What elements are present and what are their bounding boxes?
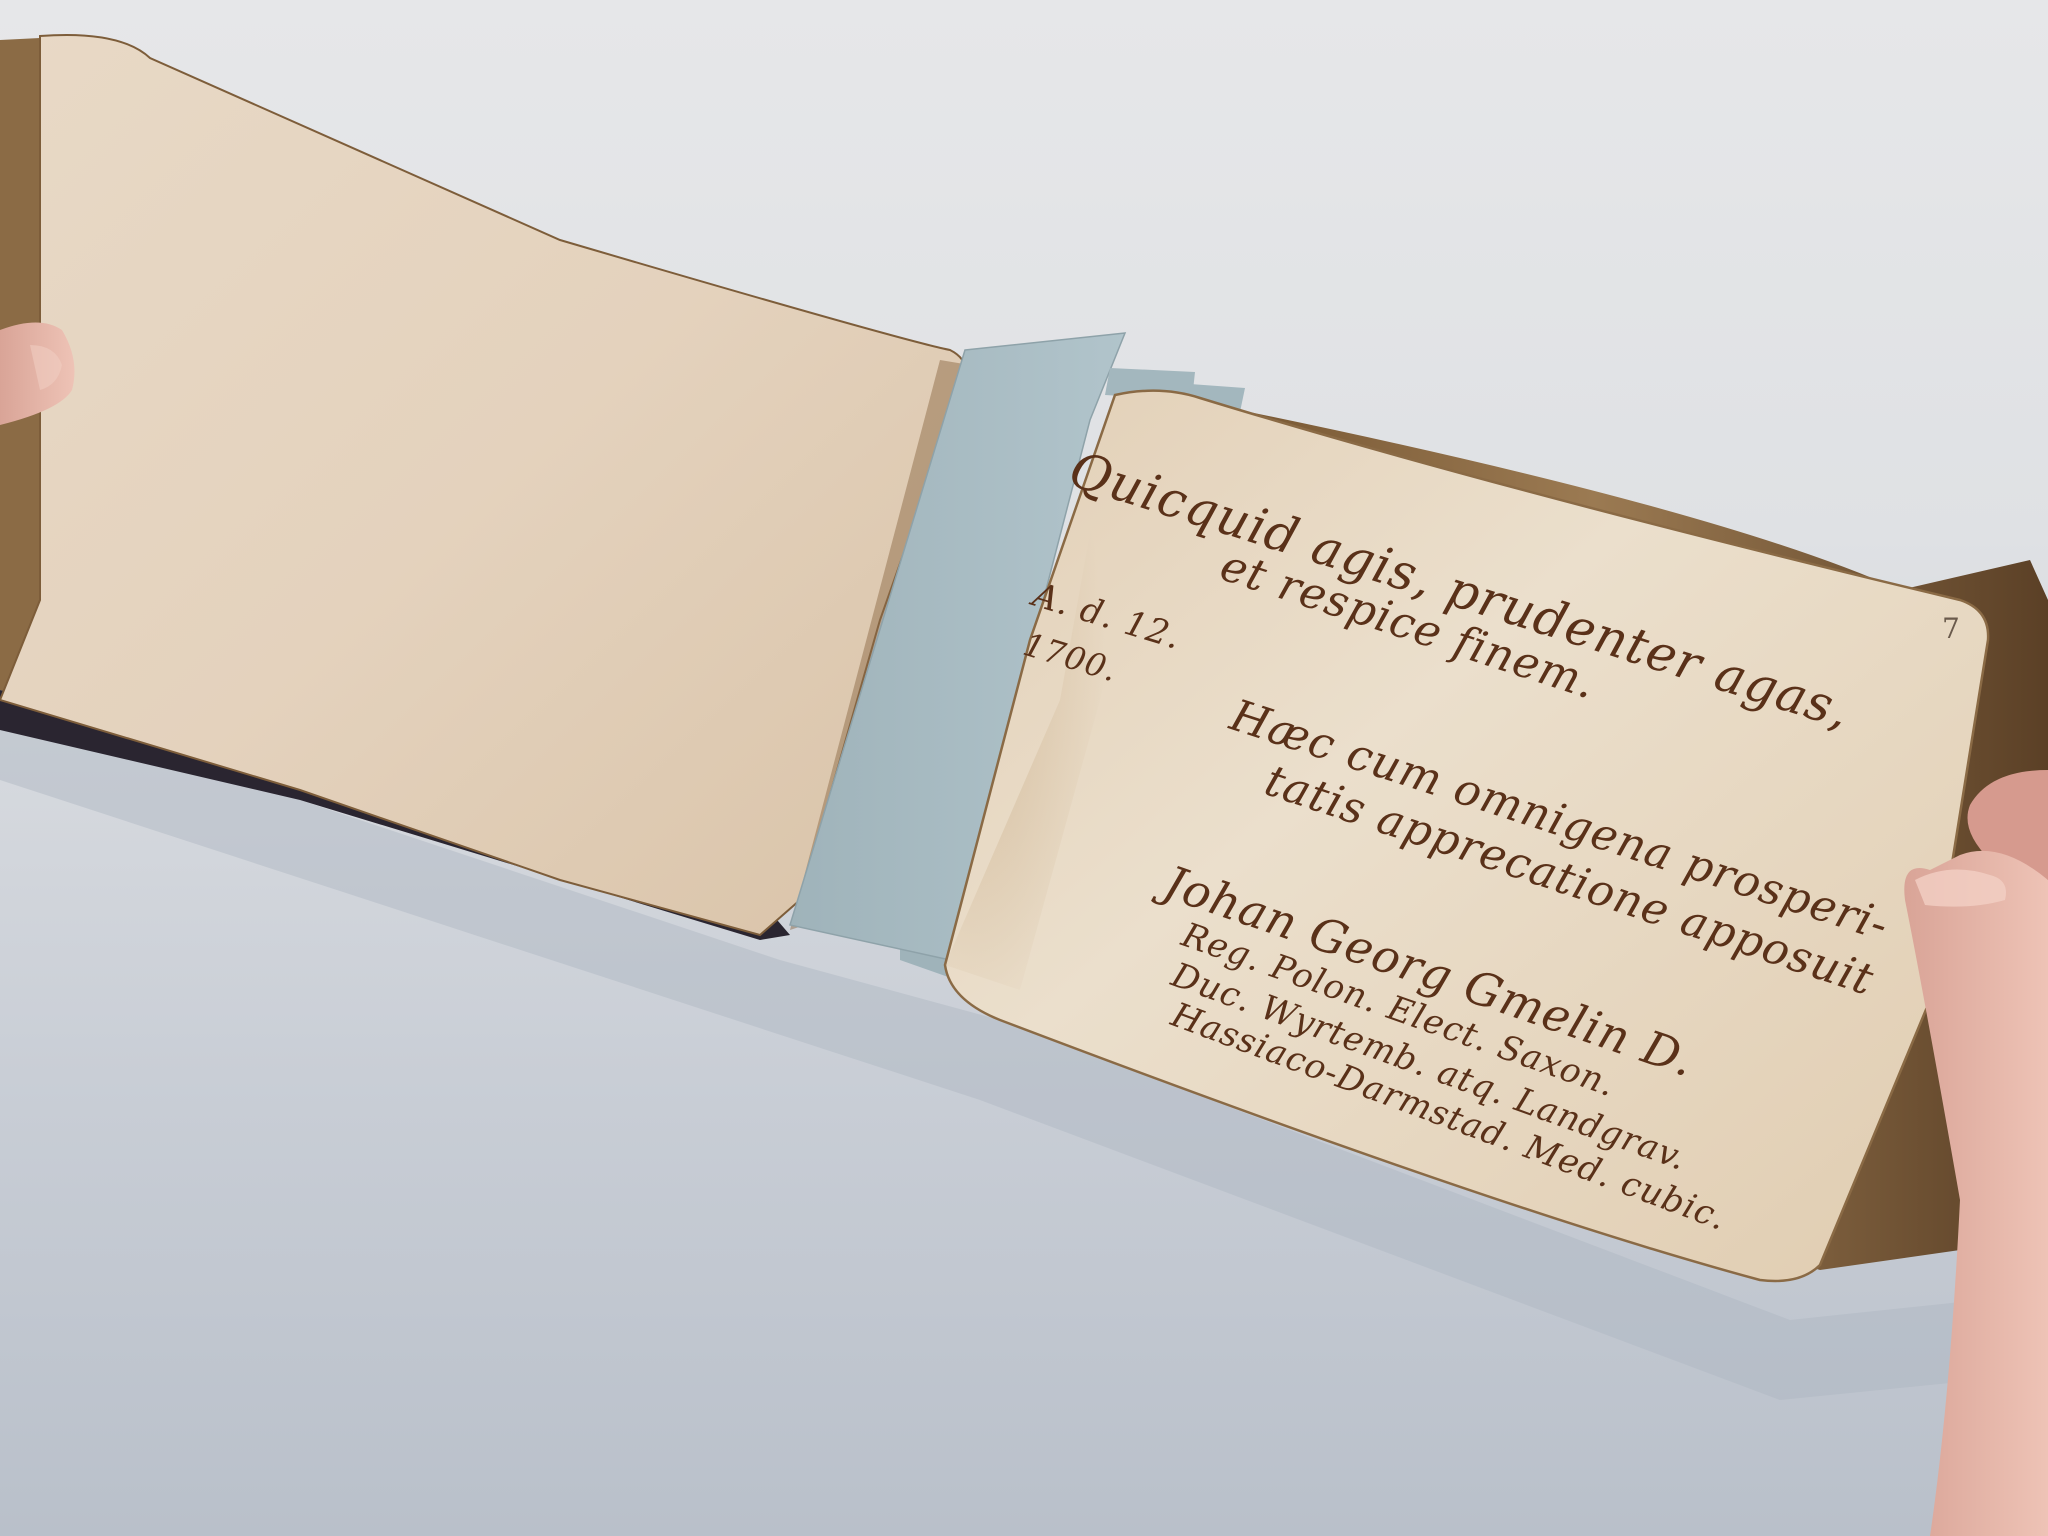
photo-scene: 7 Quicquid agis, prudenter agas, et resp… <box>0 0 2048 1536</box>
page-number: 7 <box>1942 612 1961 645</box>
book-illustration <box>0 0 2048 1536</box>
